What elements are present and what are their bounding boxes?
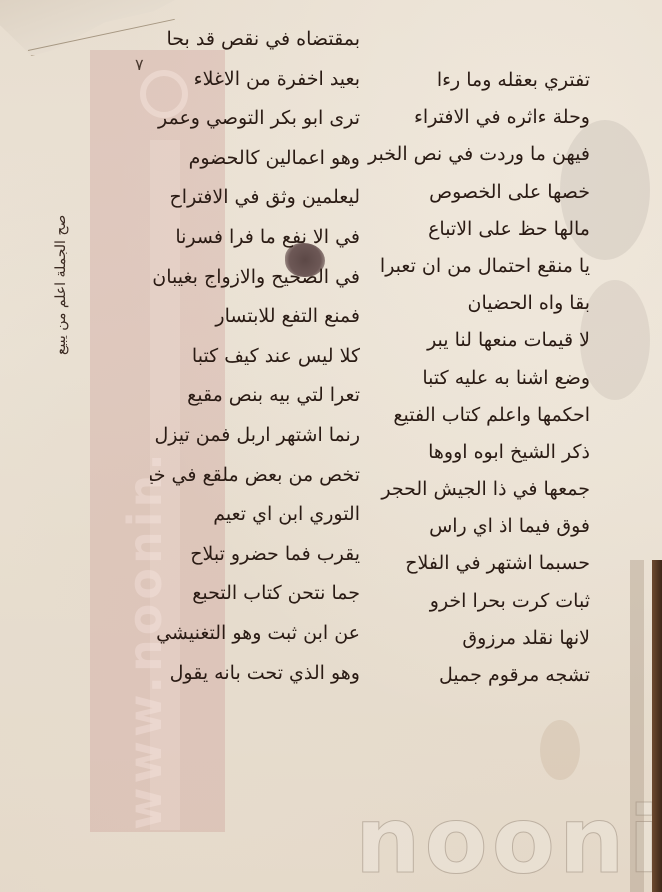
line-text: حسبما اشتهر في الفلاح [405,552,590,574]
water-stain [540,720,580,780]
binding-edge [652,560,662,892]
text-line: لا قيمات منعها لنا يبرو [360,322,590,359]
line-text: وهو اعمالين كالحضوم [189,147,360,169]
text-line: جمعها في ذا الجيش الحجر [360,471,590,508]
line-text: ثبات كرت بحرا اخرو [430,590,590,612]
text-line: خصها على الخصوصو [360,174,590,211]
line-text: بعيد اخفرة من الاغلاء [194,68,360,90]
text-line: لانها نقلد مرزوق [360,620,590,657]
line-text: تخص من بعض ملقع في خير [150,464,360,486]
text-line: حسبما اشتهر في الفلاح [360,545,590,582]
text-line: في الا نفع ما فرا فسرنا [150,218,360,258]
line-text: وهو الذي تحت بانه يقول [170,662,360,684]
watermark-logo: noonin [355,795,662,887]
text-line: كلا ليس عند كيف كتبا [150,337,360,377]
line-text: وضع اشنا به عليه كتبا [422,367,590,389]
right-text-column: تفتري بعقله وما رءاووحلة ءاثره في الافتر… [360,62,590,694]
line-text: جمعها في ذا الجيش الحجر [381,478,590,500]
text-line: تشجه مرقوم جميلو [360,657,590,694]
text-line: بمقتضاه في نقص قد بحا [150,20,360,60]
text-line: جما نتحن كتاب التحبع [150,574,360,614]
text-line: وهو اعمالين كالحضوم [150,139,360,179]
line-text: فيهن ما وردت في نص الخبر [368,143,590,165]
line-text: احكمها واعلم كتاب الفتيع [393,404,590,426]
line-text: بمقتضاه في نقص قد بحا [167,28,361,50]
text-line: وهو الذي تحت بانه يقول [150,654,360,694]
text-line: فوق فيما اذ اي راسو [360,508,590,545]
line-text: ليعلمين وثق في الافتراح [170,186,360,208]
line-text: رنما اشتهر اربل فمن تيزل [154,424,360,446]
text-line: التوري ابن اي تعيم [150,495,360,535]
text-line: ليعلمين وثق في الافتراح [150,178,360,218]
text-line: تخص من بعض ملقع في خير [150,456,360,496]
text-line: رنما اشتهر اربل فمن تيزل [150,416,360,456]
line-text: ترى ابو بكر التوصي وعمر [158,107,360,129]
text-line: تعرا لتي بيه بنص مقيع [150,376,360,416]
text-line: مالها حظ على الاتباعو [360,211,590,248]
water-stain [580,280,650,400]
line-text: في الصحيح والازواج بغيبان [152,266,360,288]
line-text: تفتري بعقله وما رءا [437,69,590,91]
line-text: عن ابن ثبت وهو التغنيشي [156,622,360,644]
text-line: تفتري بعقله وما رءاو [360,62,590,99]
line-text: فمنع التفع للابتسار [215,305,360,327]
text-line: وحلة ءاثره في الافتراءو [360,99,590,136]
line-text: التوري ابن اي تعيم [213,503,360,525]
text-line: فمنع التفع للابتسار [150,297,360,337]
page-edge-fold [630,560,644,892]
line-text: ذكر الشيخ ابوه اووها [428,441,590,463]
folio-mark: ٧ [135,55,144,74]
line-text: لانها نقلد مرزوق [462,627,590,649]
line-text: في الا نفع ما فرا فسرنا [175,226,360,248]
line-text: لا قيمات منعها لنا يبر [427,329,590,351]
text-line: في الصحيح والازواج بغيبان [150,258,360,298]
line-text: خصها على الخصوص [429,181,590,203]
line-text: تشجه مرقوم جميل [439,664,590,686]
line-text: يقرب فما حضرو تبلاح [190,543,360,565]
line-text: يا منقع احتمال من ان تعبرا [380,255,590,277]
line-text: فوق فيما اذ اي راس [429,515,590,537]
left-text-column: بمقتضاه في نقص قد بحابعيد اخفرة من الاغل… [150,20,360,693]
text-line: ذكر الشيخ ابوه اووهاو [360,434,590,471]
line-text: جما نتحن كتاب التحبع [192,582,360,604]
text-line: بعيد اخفرة من الاغلاء [150,60,360,100]
margin-note: صح الجملة اعلم من يبيع [52,215,107,435]
text-line: ترى ابو بكر التوصي وعمر [150,99,360,139]
line-text: مالها حظ على الاتباع [428,218,590,240]
line-text: وحلة ءاثره في الافتراء [414,106,590,128]
line-text: تعرا لتي بيه بنص مقيع [187,384,360,406]
text-line: فيهن ما وردت في نص الخبر [360,136,590,173]
line-text: بقا واه الحضيان [468,292,590,314]
text-line: عن ابن ثبت وهو التغنيشي [150,614,360,654]
text-line: احكمها واعلم كتاب الفتيع [360,397,590,434]
text-line: يا منقع احتمال من ان تعبرا [360,248,590,285]
text-line: يقرب فما حضرو تبلاح [150,535,360,575]
text-line: بقا واه الحضيانو [360,285,590,322]
line-text: كلا ليس عند كيف كتبا [192,345,360,367]
text-line: ثبات كرت بحرا اخروو [360,583,590,620]
text-line: وضع اشنا به عليه كتباو [360,360,590,397]
